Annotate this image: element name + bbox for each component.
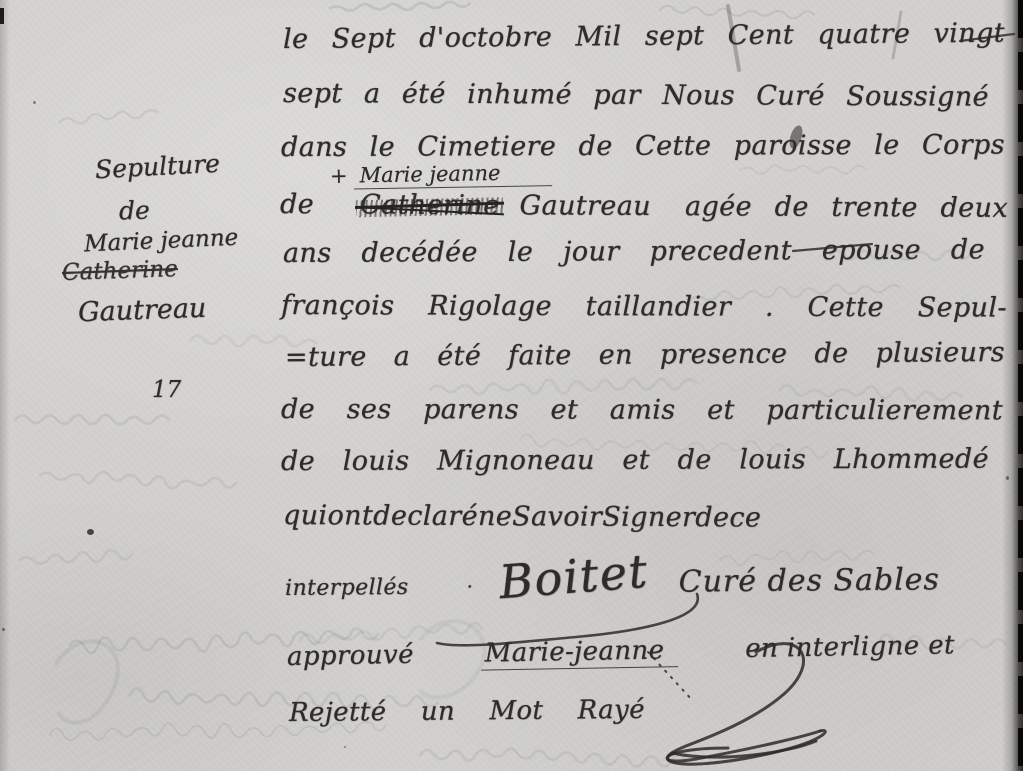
line4-rest: agéedetrentedeux <box>685 191 1008 224</box>
line4-prefix: de <box>280 189 314 220</box>
burial-record-scan: Sepulture de Marie jeanne Catherine Gaut… <box>0 0 1023 771</box>
ink-speck <box>2 628 5 631</box>
approval-rest: en interligne et <box>745 630 955 666</box>
interlinear-insertion: +Marie jeanne <box>330 160 553 188</box>
record-line-3: dansleCimetieredeCetteparoisseleCorps <box>281 129 1005 163</box>
line4-surname: Gautreau <box>519 190 651 222</box>
ink-blot <box>87 529 94 535</box>
margin-surname: Gautreau <box>77 293 206 328</box>
margin-word-de: de <box>119 195 151 225</box>
line11-separator: · <box>466 574 473 598</box>
ink-speck <box>33 101 36 104</box>
ghost-squiggle <box>330 0 470 12</box>
margin-name-inserted: Marie jeanne <box>84 225 239 258</box>
ghost-squiggle <box>60 109 158 125</box>
ghost-squiggle <box>20 550 132 564</box>
ghost-squiggle <box>40 469 236 492</box>
book-gutter-shadow <box>1002 0 1023 771</box>
priest-signature: Boitet <box>497 544 650 610</box>
margin-name-struck: Catherine <box>62 256 179 286</box>
record-line-8: desesparensetamisetparticulierement <box>281 394 1003 426</box>
ghost-squiggle <box>660 6 814 19</box>
record-line-1: leSeptd'octobreMilseptCentquatrevingt <box>283 18 1005 55</box>
insertion-text: Marie jeanne <box>353 160 552 189</box>
approved-name-underlined: Marie-jeanne <box>480 635 678 670</box>
line11-prefix: interpellés <box>285 575 409 601</box>
approval-word: approuvé <box>287 640 414 674</box>
insertion-caret: + <box>330 164 348 188</box>
ink-speck <box>344 746 346 748</box>
record-line-9: delouisMignoneauetdelouisLhommedé <box>281 444 989 477</box>
record-line-10: quiontdeclaréneSavoirSignerdece <box>283 500 659 533</box>
record-line-6: françoisRigolagetaillandier.CetteSepul- <box>281 290 1007 324</box>
approval-note-line-2: RejettéunMotRayé <box>289 695 645 728</box>
record-line-7: =tureaétéfaiteenpresencedeplusieurs <box>285 337 1005 373</box>
struck-name: Catherine <box>360 189 500 221</box>
edge-ink-mark <box>0 8 4 24</box>
record-line-11: interpellés · Boitet Curé des Sables <box>285 546 985 606</box>
entry-number: 17 <box>152 377 181 403</box>
record-line-4: de Catherine Gautreau agéedetrentedeux <box>280 189 1008 224</box>
priest-title: Curé des Sables <box>679 562 940 599</box>
record-line-5: ansdecédéelejourprecedentepousede <box>283 234 985 269</box>
approval-note: approuvé Marie-jeanne en interligne et <box>287 630 955 674</box>
margin-act-type: Sepulture <box>94 149 220 184</box>
record-line-2: septaétéinhuméparNousCuréSoussigné <box>283 78 989 113</box>
page-left-edge-shading <box>0 0 10 771</box>
ghost-squiggle <box>420 747 686 767</box>
ghost-squiggle <box>15 411 169 429</box>
ghost-squiggle <box>740 162 866 177</box>
